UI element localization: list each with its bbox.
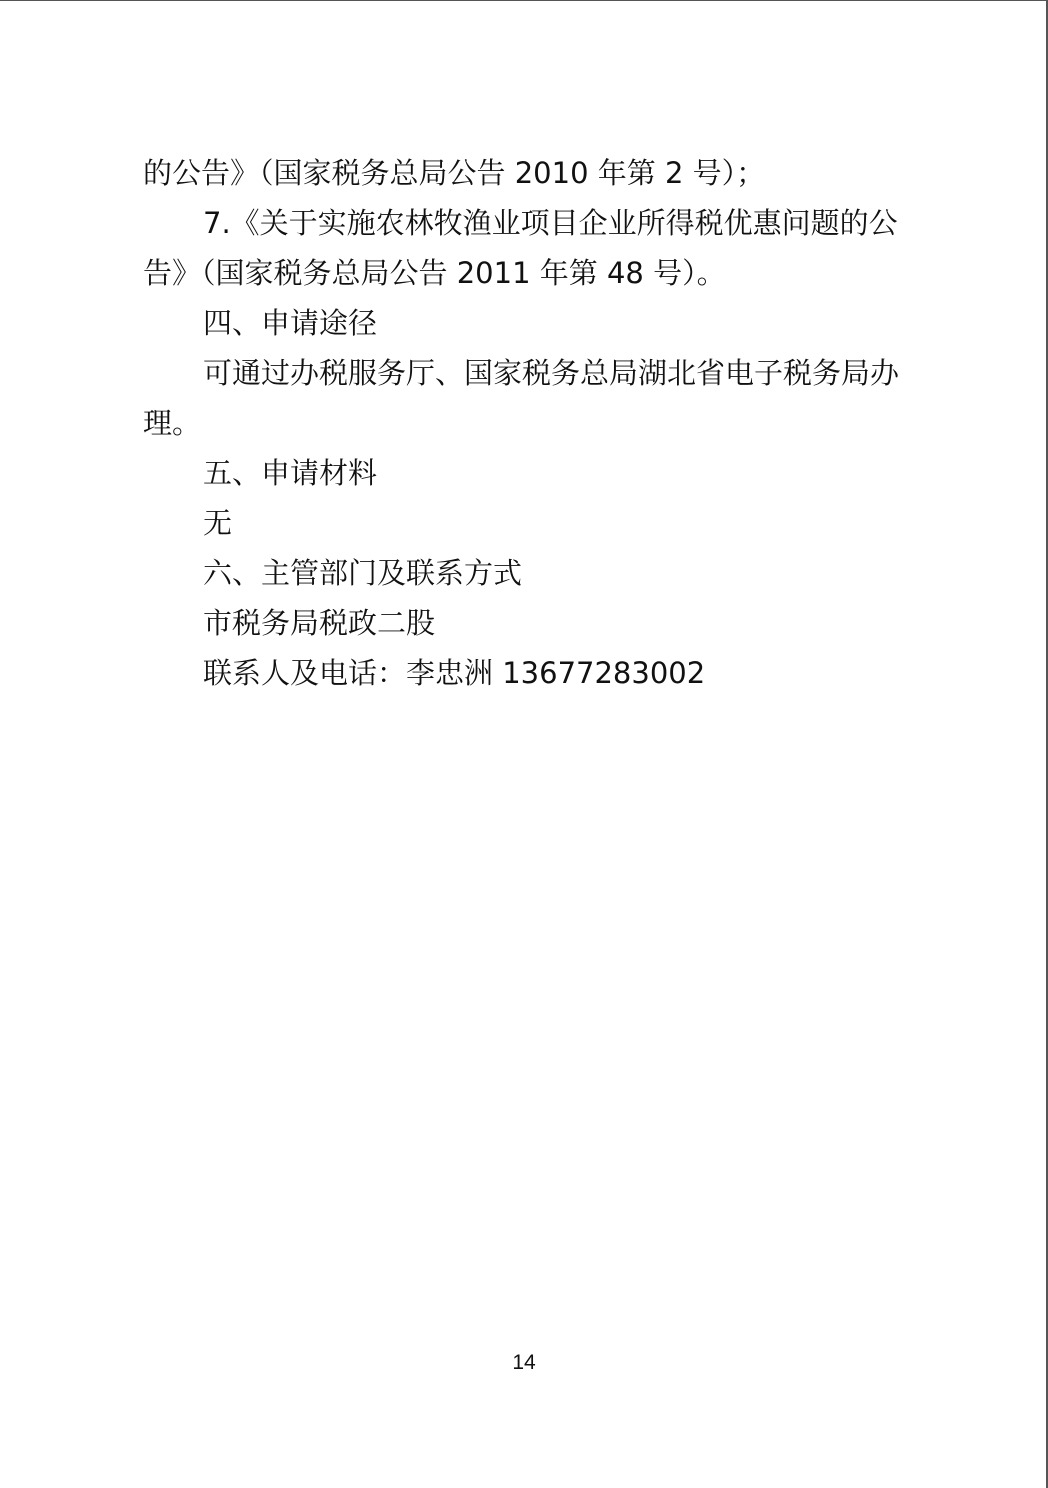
apply-channel-text-line-1: 可通过办税服务厅、国家税务总局湖北省电子税务局办: [203, 355, 899, 391]
page-number: 14: [0, 1350, 1048, 1376]
section-heading-apply-materials: 五、申请材料: [203, 455, 377, 491]
page-border-top: [0, 0, 1048, 1]
section-heading-department-contact: 六、主管部门及联系方式: [203, 555, 522, 591]
section-heading-apply-channel: 四、申请途径: [203, 305, 377, 341]
contact-person-phone: 联系人及电话：李忠洲 13677283002: [203, 655, 705, 691]
department-name: 市税务局税政二股: [203, 605, 435, 641]
reference-item-7-line-1: 7.《关于实施农林牧渔业项目企业所得税优惠问题的公: [203, 205, 898, 241]
apply-materials-value: 无: [203, 505, 232, 541]
reference-continuation-line: 的公告》（国家税务总局公告 2010 年第 2 号）；: [143, 155, 765, 191]
apply-channel-text-line-2: 理。: [143, 405, 201, 441]
reference-item-7-line-2: 告》（国家税务总局公告 2011 年第 48 号）。: [143, 255, 726, 291]
